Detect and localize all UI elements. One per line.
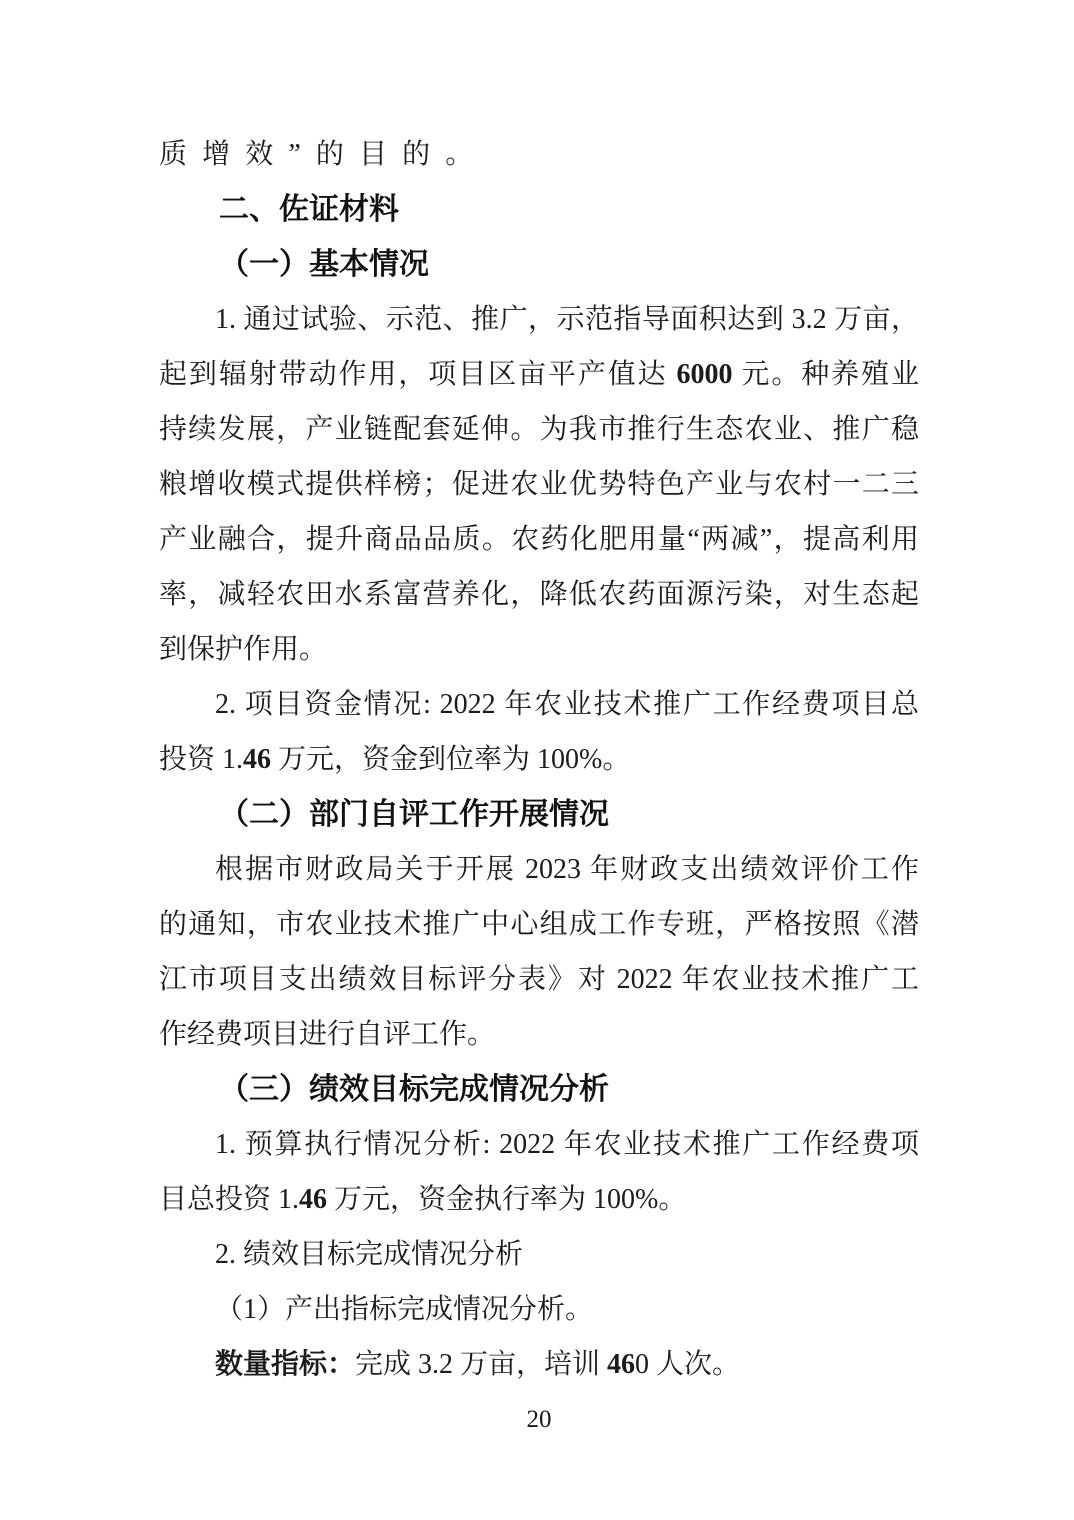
subsection-heading: （二）部门自评工作开展情况 — [159, 787, 919, 842]
text-segment: 起到辐射带动作用，项目区亩平产值达 — [159, 359, 676, 390]
text-line: 2. 绩效目标完成情况分析 — [159, 1227, 919, 1282]
text-line: 粮增收模式提供样榜；促进农业优势特色产业与农村一二三 — [159, 457, 919, 512]
text-segment: 投资 1. — [159, 744, 243, 775]
text-line: 率，减轻农田水系富营养化，降低农药面源污染，对生态起 — [159, 567, 919, 622]
text-line: 1. 预算执行情况分析: 2022 年农业技术推广工作经费项 — [159, 1117, 919, 1172]
text-line: （1）产出指标完成情况分析。 — [159, 1282, 919, 1337]
text-segment: 元。种养殖业 — [732, 359, 919, 390]
document-page: 质增效”的目的。二、佐证材料（一）基本情况1. 通过试验、示范、推广，示范指导面… — [0, 0, 1074, 1520]
text-line: 1. 通过试验、示范、推广，示范指导面积达到 3.2 万亩， — [159, 292, 919, 347]
text-segment: 完成 3.2 万亩，培训 — [355, 1349, 607, 1380]
subsection-heading: （一）基本情况 — [159, 237, 919, 292]
text-segment: 万元，资金执行率为 100%。 — [327, 1184, 686, 1215]
text-line: 投资 1.46 万元，资金到位率为 100%。 — [159, 732, 919, 787]
text-segment: 0 人次。 — [635, 1349, 740, 1380]
subsection-heading: （三）绩效目标完成情况分析 — [159, 1062, 919, 1117]
text-segment: 目总投资 1. — [159, 1184, 299, 1215]
text-segment: 46 — [607, 1349, 635, 1380]
section-heading: 二、佐证材料 — [159, 182, 919, 237]
text-segment: 6000 — [676, 359, 732, 390]
text-line: 质增效”的目的。 — [159, 127, 919, 182]
text-line: 江市项目支出绩效目标评分表》对 2022 年农业技术推广工 — [159, 952, 919, 1007]
text-line: 目总投资 1.46 万元，资金执行率为 100%。 — [159, 1172, 919, 1227]
text-segment: 万元，资金到位率为 100%。 — [271, 744, 630, 775]
text-line: 起到辐射带动作用，项目区亩平产值达 6000 元。种养殖业 — [159, 347, 919, 402]
text-block: 质增效”的目的。二、佐证材料（一）基本情况1. 通过试验、示范、推广，示范指导面… — [159, 127, 919, 1392]
page-number: 20 — [159, 1392, 919, 1447]
text-line: 产业融合，提升商品品质。农药化肥用量“两减”，提高利用 — [159, 512, 919, 567]
text-segment: 46 — [299, 1184, 327, 1215]
text-line: 持续发展，产业链配套延伸。为我市推行生态农业、推广稳 — [159, 402, 919, 457]
text-line: 的通知，市农业技术推广中心组成工作专班，严格按照《潜 — [159, 897, 919, 952]
text-segment: 46 — [243, 744, 271, 775]
text-line: 到保护作用。 — [159, 622, 919, 677]
text-line: 2. 项目资金情况: 2022 年农业技术推广工作经费项目总 — [159, 677, 919, 732]
text-line: 作经费项目进行自评工作。 — [159, 1007, 919, 1062]
text-line: 根据市财政局关于开展 2023 年财政支出绩效评价工作 — [159, 842, 919, 897]
text-line: 数量指标：完成 3.2 万亩，培训 460 人次。 — [159, 1337, 919, 1392]
text-segment: 数量指标： — [215, 1349, 355, 1380]
